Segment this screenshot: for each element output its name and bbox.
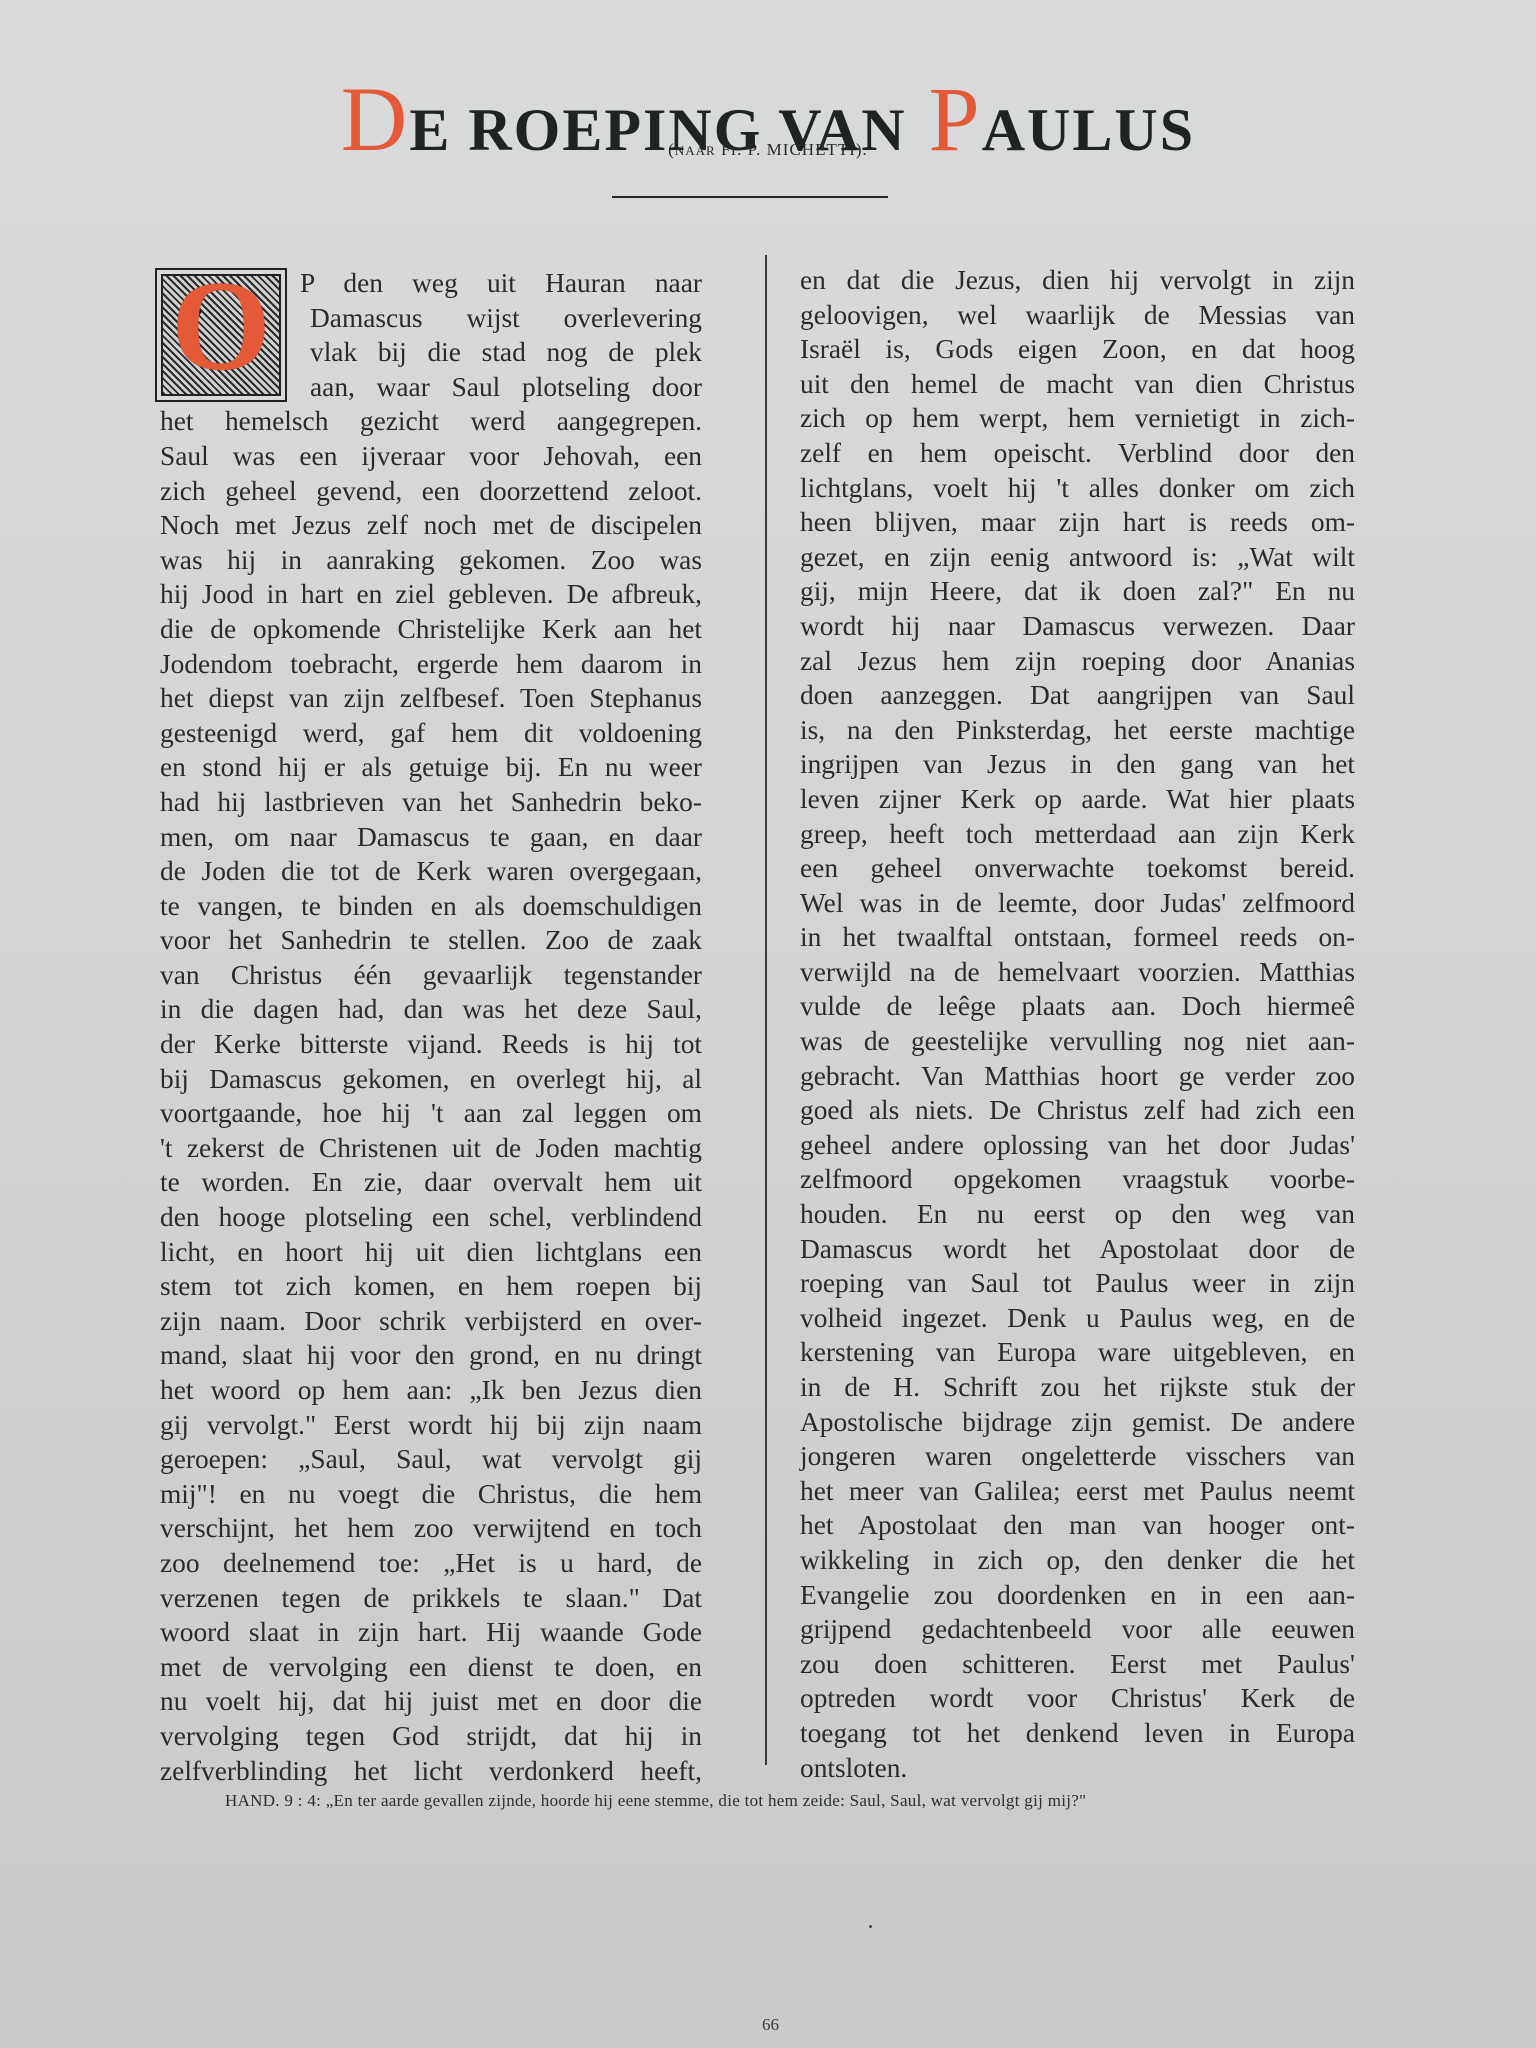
text-line: verzenen tegen de prikkels te slaan." Da… [160,1581,702,1616]
text-line: wordt hij naar Damascus verwezen. Daar [800,609,1355,644]
text-line: aan, waar Saul plotseling door [160,370,702,405]
text-line: doen aanzeggen. Dat aangrijpen van Saul [800,678,1355,713]
text-line: gebracht. Van Matthias hoort ge verder z… [800,1059,1355,1094]
text-line: verwijld na de hemelvaart voorzien. Matt… [800,955,1355,990]
text-line: Israël is, Gods eigen Zoon, en dat hoog [800,332,1355,367]
text-line: grijpend gedachtenbeeld voor alle eeuwen [800,1612,1355,1647]
text-line: volheid ingezet. Denk u Paulus weg, en d… [800,1301,1355,1336]
text-line: bij Damascus gekomen, en overlegt hij, a… [160,1062,702,1097]
text-line: is, na den Pinksterdag, het eerste macht… [800,713,1355,748]
text-line: vervolging tegen God strijdt, dat hij in [160,1719,702,1754]
text-line: Damascus wordt het Apostolaat door de [800,1232,1355,1267]
text-line: Wel was in de leemte, door Judas' zelfmo… [800,886,1355,921]
text-line: en stond hij er als getuige bij. En nu w… [160,750,702,785]
text-line: Damascus wijst overlevering [160,301,702,336]
left-text-column: P den weg uit Hauran naarDamascus wijst … [160,266,702,1788]
subtitle-artist: Fr. P. MICHETTI). [721,140,868,159]
text-line: in die dagen had, dan was het deze Saul, [160,992,702,1027]
text-line: Evangelie zou doordenken en in een aan- [800,1578,1355,1613]
text-line: geroepen: „Saul, Saul, wat vervolgt gij [160,1442,702,1477]
text-line: greep, heeft toch metterdaad aan zijn Ke… [800,817,1355,852]
text-line: zelfmoord opgekomen vraagstuk voorbe- [800,1162,1355,1197]
text-line: zou doen schitteren. Eerst met Paulus' [800,1647,1355,1682]
text-line: was de geestelijke vervulling nog niet a… [800,1024,1355,1059]
text-line: vlak bij die stad nog de plek [160,335,702,370]
text-line: het Apostolaat den man van hooger ont- [800,1508,1355,1543]
text-line: kerstening van Europa ware uitgebleven, … [800,1335,1355,1370]
text-line: zoo deelnemend toe: „Het is u hard, de [160,1546,702,1581]
text-line: Noch met Jezus zelf noch met de discipel… [160,508,702,543]
text-line: die de opkomende Christelijke Kerk aan h… [160,612,702,647]
right-text-column: en dat die Jezus, dien hij vervolgt in z… [800,263,1355,1785]
text-line: den hooge plotseling een schel, verblind… [160,1200,702,1235]
text-line: ingrijpen van Jezus in den gang van het [800,747,1355,782]
text-line: had hij lastbrieven van het Sanhedrin be… [160,785,702,820]
text-line: een geheel onverwachte toekomst bereid. [800,851,1355,886]
text-line: gij, mijn Heere, dat ik doen zal?" En nu [800,574,1355,609]
subtitle-smallcaps: naar [675,143,716,158]
text-line: optreden wordt voor Christus' Kerk de [800,1681,1355,1716]
text-line: van Christus één gevaarlijk tegenstander [160,958,702,993]
text-line: Saul was een ijveraar voor Jehovah, een [160,439,702,474]
text-line: zijn naam. Door schrik verbijsterd en ov… [160,1304,702,1339]
text-line: zelf en hem opeischt. Verblind door den [800,436,1355,471]
text-line: ontsloten. [800,1751,1355,1786]
text-line: geloovigen, wel waarlijk de Messias van [800,298,1355,333]
text-line: zal Jezus hem zijn roeping door Ananias [800,644,1355,679]
text-line: zich geheel gevend, een doorzettend zelo… [160,474,702,509]
text-line: der Kerke bitterste vijand. Reeds is hij… [160,1027,702,1062]
text-line: de Joden die tot de Kerk waren overgegaa… [160,854,702,889]
text-line: in de H. Schrift zou het rijkste stuk de… [800,1370,1355,1405]
subtitle-attribution: (naar Fr. P. MICHETTI). [0,140,1536,160]
page-number: 66 [0,2015,1536,2035]
text-line: men, om naar Damascus te gaan, en daar [160,820,702,855]
text-line: roeping van Saul tot Paulus weer in zijn [800,1266,1355,1301]
book-page: De roeping vanPaulus (naar Fr. P. MICHET… [0,0,1536,2048]
text-line: vulde de leêge plaats aan. Doch hiermeê [800,989,1355,1024]
text-line: uit den hemel de macht van dien Christus [800,367,1355,402]
text-line: was hij in aanraking gekomen. Zoo was [160,543,702,578]
text-line: het meer van Galilea; eerst met Paulus n… [800,1474,1355,1509]
text-line: wikkeling in zich op, den denker die het [800,1543,1355,1578]
text-line: voortgaande, hoe hij 't aan zal leggen o… [160,1096,702,1131]
text-line: Apostolische bijdrage zijn gemist. De an… [800,1405,1355,1440]
text-line: gezet, en zijn eenig antwoord is: „Wat w… [800,540,1355,575]
scripture-caption: HAND. 9 : 4: „En ter aarde gevallen zijn… [225,1791,1355,1811]
column-divider [765,255,767,1765]
text-line: geheel andere oplossing van het door Jud… [800,1128,1355,1163]
text-line: te worden. En zie, daar overvalt hem uit [160,1165,702,1200]
text-line: toegang tot het denkend leven in Europa [800,1716,1355,1751]
text-line: te vangen, te binden en als doemschuldig… [160,889,702,924]
paper-speck [869,1925,872,1928]
text-line: woord slaat in zijn hart. Hij waande God… [160,1615,702,1650]
text-line: het woord op hem aan: „Ik ben Jezus dien [160,1373,702,1408]
text-line: zelfverblinding het licht verdonkerd hee… [160,1754,702,1789]
text-line: heen blijven, maar zijn hart is reeds om… [800,505,1355,540]
text-line: en dat die Jezus, dien hij vervolgt in z… [800,263,1355,298]
title-rule-divider [612,196,888,198]
text-line: P den weg uit Hauran naar [160,266,702,301]
text-line: hij Jood in hart en ziel gebleven. De af… [160,577,702,612]
text-line: gij vervolgt." Eerst wordt hij bij zijn … [160,1408,702,1443]
text-line: gesteenigd werd, gaf hem dit voldoening [160,716,702,751]
text-line: met de vervolging een dienst te doen, en [160,1650,702,1685]
text-line: Jodendom toebracht, ergerde hem daarom i… [160,647,702,682]
text-line: mij"! en nu voegt die Christus, die hem [160,1477,702,1512]
text-line: zich op hem werpt, hem vernietigt in zic… [800,401,1355,436]
text-line: goed als niets. De Christus zelf had zic… [800,1093,1355,1128]
text-line: 't zekerst de Christenen uit de Joden ma… [160,1131,702,1166]
text-line: stem tot zich komen, en hem roepen bij [160,1269,702,1304]
text-line: leven zijner Kerk op aarde. Wat hier pla… [800,782,1355,817]
text-line: in het twaalftal ontstaan, formeel reeds… [800,920,1355,955]
text-line: het diepst van zijn zelfbesef. Toen Step… [160,681,702,716]
text-line: licht, en hoort hij uit dien lichtglans … [160,1235,702,1270]
text-line: verschijnt, het hem zoo verwijtend en to… [160,1511,702,1546]
text-line: jongeren waren ongeletterde visschers va… [800,1439,1355,1474]
text-line: voor het Sanhedrin te stellen. Zoo de za… [160,923,702,958]
text-line: nu voelt hij, dat hij juist met en door … [160,1684,702,1719]
text-line: houden. En nu eerst op den weg van [800,1197,1355,1232]
text-line: mand, slaat hij voor den grond, en nu dr… [160,1338,702,1373]
text-line: het hemelsch gezicht werd aangegrepen. [160,404,702,439]
text-line: lichtglans, voelt hij 't alles donker om… [800,471,1355,506]
